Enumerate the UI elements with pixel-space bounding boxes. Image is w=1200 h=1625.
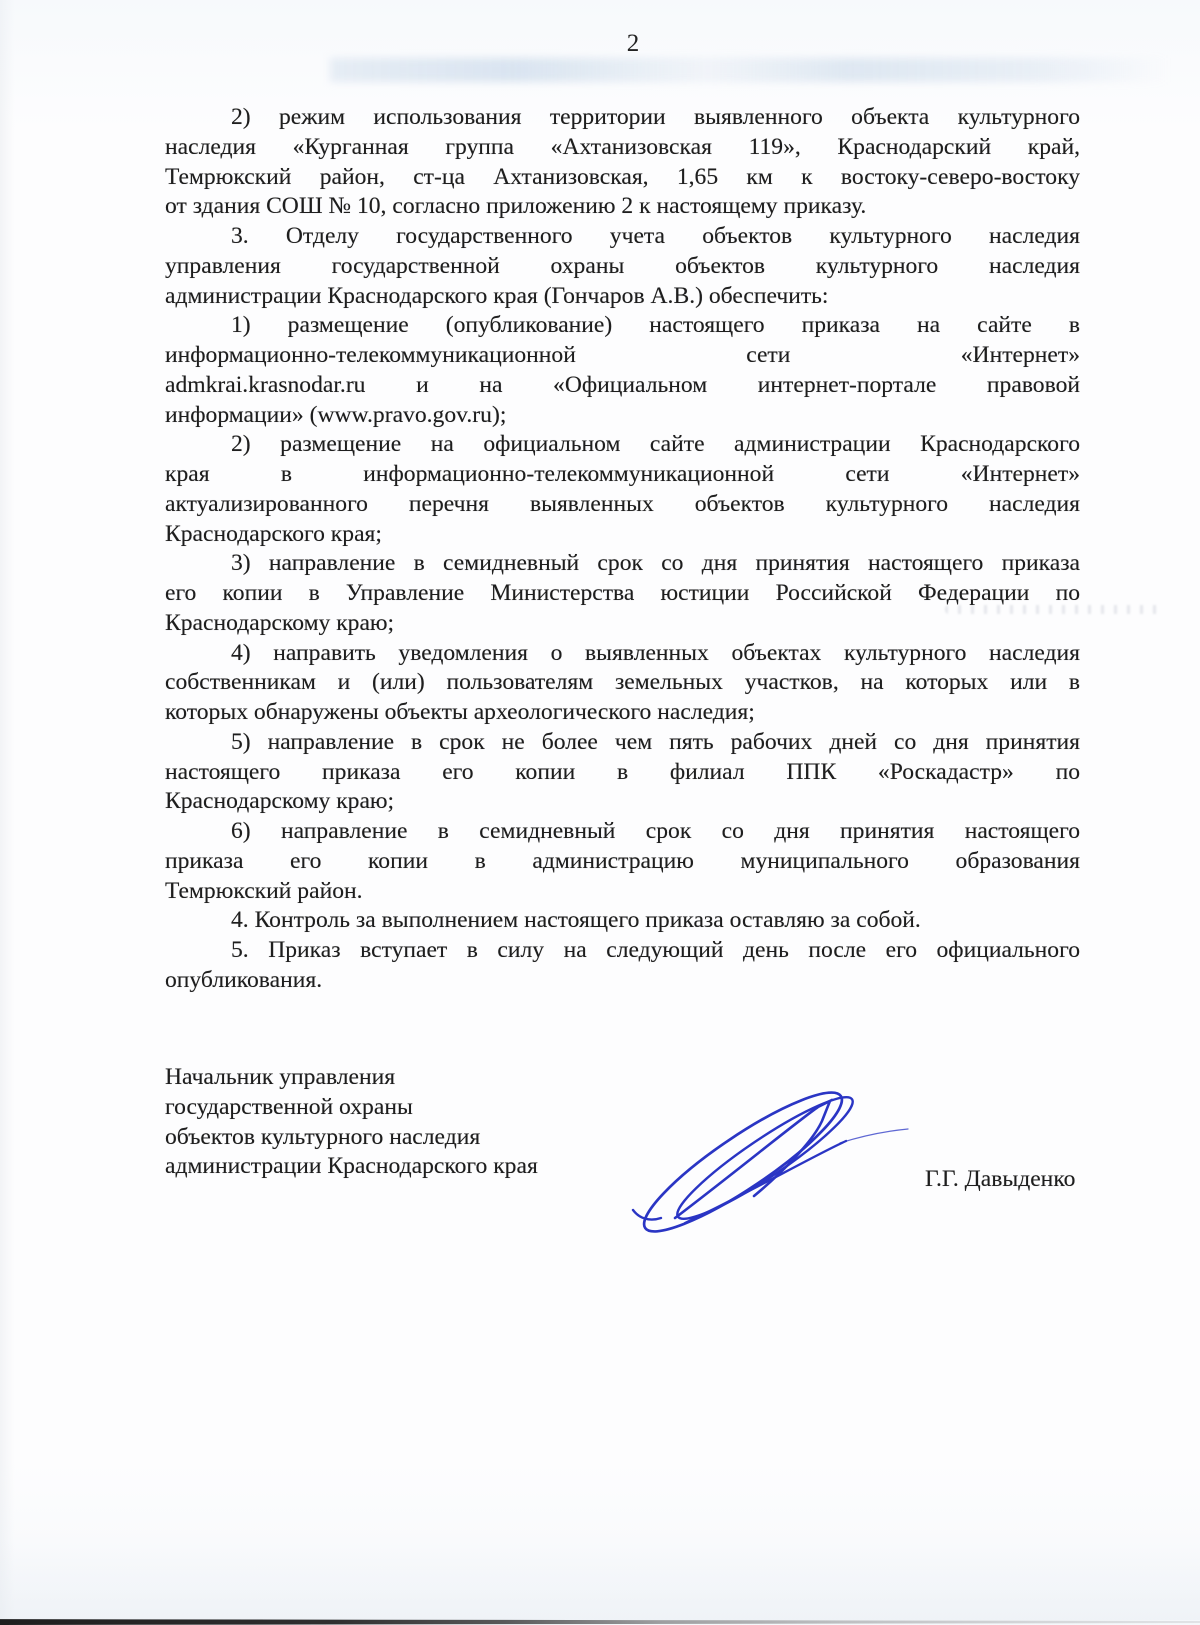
text-line: от здания СОШ № 10, согласно приложению … <box>165 192 1080 222</box>
text-line: приказа его копии в администрацию муници… <box>165 847 1080 877</box>
signatory-title-line: объектов культурного наследия <box>165 1122 538 1152</box>
text-line: Краснодарскому краю; <box>165 609 1080 639</box>
text-line: актуализированного перечня выявленных об… <box>165 490 1080 520</box>
text-line: настоящего приказа его копии в филиал ПП… <box>165 758 1080 788</box>
text-line: опубликования. <box>165 966 1080 996</box>
signatory-title-line: государственной охраны <box>165 1092 538 1122</box>
text-line: 5) направление в срок не более чем пять … <box>165 728 1080 758</box>
text-line: которых обнаружены объекты археологическ… <box>165 698 1080 728</box>
signature-scribble <box>615 1060 915 1235</box>
text-line: управления государственной охраны объект… <box>165 252 1080 282</box>
scan-artifact-bottom-haze <box>0 1540 1200 1620</box>
signatory-title-block: Начальник управления государственной охр… <box>165 1062 538 1181</box>
page-number: 2 <box>165 30 1101 58</box>
signatory-title-line: Начальник управления <box>165 1062 538 1092</box>
text-line: 3. Отделу государственного учета объекто… <box>165 222 1080 252</box>
document-page: { "page_number": "2", "body": { "lines":… <box>0 0 1200 1625</box>
signatory-name: Г.Г. Давыденко <box>925 1166 1120 1193</box>
text-line: наследия «Курганная группа «Ахтанизовска… <box>165 133 1080 163</box>
text-line: его копии в Управление Министерства юсти… <box>165 579 1080 609</box>
text-line: admkrai.krasnodar.ru и на «Официальном и… <box>165 371 1080 401</box>
text-line: собственникам и (или) пользователям земе… <box>165 668 1080 698</box>
scan-artifact-bottom-edge <box>0 1616 1200 1625</box>
text-line: 3) направление в семидневный срок со дня… <box>165 549 1080 579</box>
scan-artifact-top-smudge <box>330 58 1170 82</box>
text-line: Темрюкский район, ст-ца Ахтанизовская, 1… <box>165 163 1080 193</box>
text-line: 6) направление в семидневный срок со дня… <box>165 817 1080 847</box>
text-line: администрации Краснодарского края (Гонча… <box>165 282 1080 312</box>
signatory-title-line: администрации Краснодарского края <box>165 1151 538 1181</box>
text-line: 2) режим использования территории выявле… <box>165 103 1080 133</box>
text-line: Темрюкский район. <box>165 877 1080 907</box>
document-body: 2) режим использования территории выявле… <box>165 103 1080 996</box>
text-line: информационно-телекоммуникационной сети … <box>165 341 1080 371</box>
text-line: Краснодарскому краю; <box>165 787 1080 817</box>
text-line: информации» (www.pravo.gov.ru); <box>165 401 1080 431</box>
text-line: 4. Контроль за выполнением настоящего пр… <box>165 906 1080 936</box>
text-line: 4) направить уведомления о выявленных об… <box>165 639 1080 669</box>
text-line: края в информационно-телекоммуникационно… <box>165 460 1080 490</box>
text-line: 5. Приказ вступает в силу на следующий д… <box>165 936 1080 966</box>
text-line: 1) размещение (опубликование) настоящего… <box>165 311 1080 341</box>
text-line: 2) размещение на официальном сайте админ… <box>165 430 1080 460</box>
text-line: Краснодарского края; <box>165 520 1080 550</box>
